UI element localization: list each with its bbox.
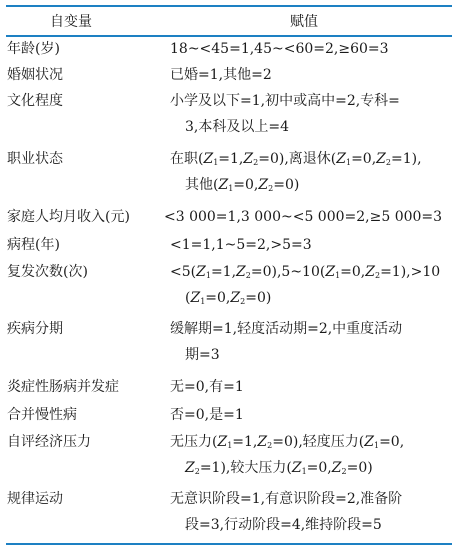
value-cell-cont: 3,本科及以上=4	[170, 114, 452, 140]
variable-cell: 合并慢性病	[7, 402, 77, 428]
value-cell-cont: 期=3	[170, 342, 452, 368]
value-cell: 缓解期=1,轻度活动期=2,中重度活动	[170, 316, 452, 342]
value-cell-cont: 其他(Z1=0,Z2=0)	[170, 172, 452, 198]
variable-cell: 炎症性肠病并发症	[7, 374, 119, 400]
value-cell-cont: 段=3,行动阶段=4,维持阶段=5	[170, 512, 452, 538]
top-rule	[6, 5, 452, 7]
variable-cell: 自评经济压力	[7, 429, 91, 455]
value-cell: <1=1,1~5=2,>5=3	[170, 232, 452, 258]
value-cell: 无压力(Z1=1,Z2=0),轻度压力(Z1=0,	[170, 429, 452, 455]
variable-cell: 疾病分期	[7, 316, 63, 342]
variable-cell: 家庭人均月收入(元)	[7, 204, 130, 230]
value-cell: <3 000=1,3 000~<5 000=2,≥5 000=3	[164, 204, 446, 230]
variable-cell: 文化程度	[7, 88, 63, 114]
value-cell-cont: Z2=1),较大压力(Z1=0,Z2=0)	[170, 455, 452, 481]
value-cell: <5(Z1=1,Z2=0),5~10(Z1=0,Z2=1),>10	[170, 259, 452, 285]
variable-cell: 婚姻状况	[7, 62, 63, 88]
value-cell: 否=0,是=1	[170, 402, 452, 428]
value-cell: 在职(Z1=1,Z2=0),离退休(Z1=0,Z2=1),	[170, 146, 452, 172]
value-cell: 无=0,有=1	[170, 374, 452, 400]
value-cell: 小学及以下=1,初中或高中=2,专科=	[170, 88, 452, 114]
header-value: 赋值	[290, 10, 318, 34]
variable-cell: 规律运动	[7, 486, 63, 512]
bottom-rule	[6, 543, 452, 545]
variable-cell: 病程(年)	[7, 232, 60, 258]
variable-cell: 职业状态	[7, 146, 63, 172]
variable-cell: 年龄(岁)	[7, 36, 60, 62]
header-variable: 自变量	[50, 10, 92, 34]
value-cell: 18~<45=1,45~<60=2,≥60=3	[170, 36, 452, 62]
value-cell: 无意识阶段=1,有意识阶段=2,准备阶	[170, 486, 452, 512]
value-cell-cont: (Z1=0,Z2=0)	[170, 285, 452, 311]
variable-cell: 复发次数(次)	[7, 259, 88, 285]
value-cell: 已婚=1,其他=2	[170, 62, 452, 88]
